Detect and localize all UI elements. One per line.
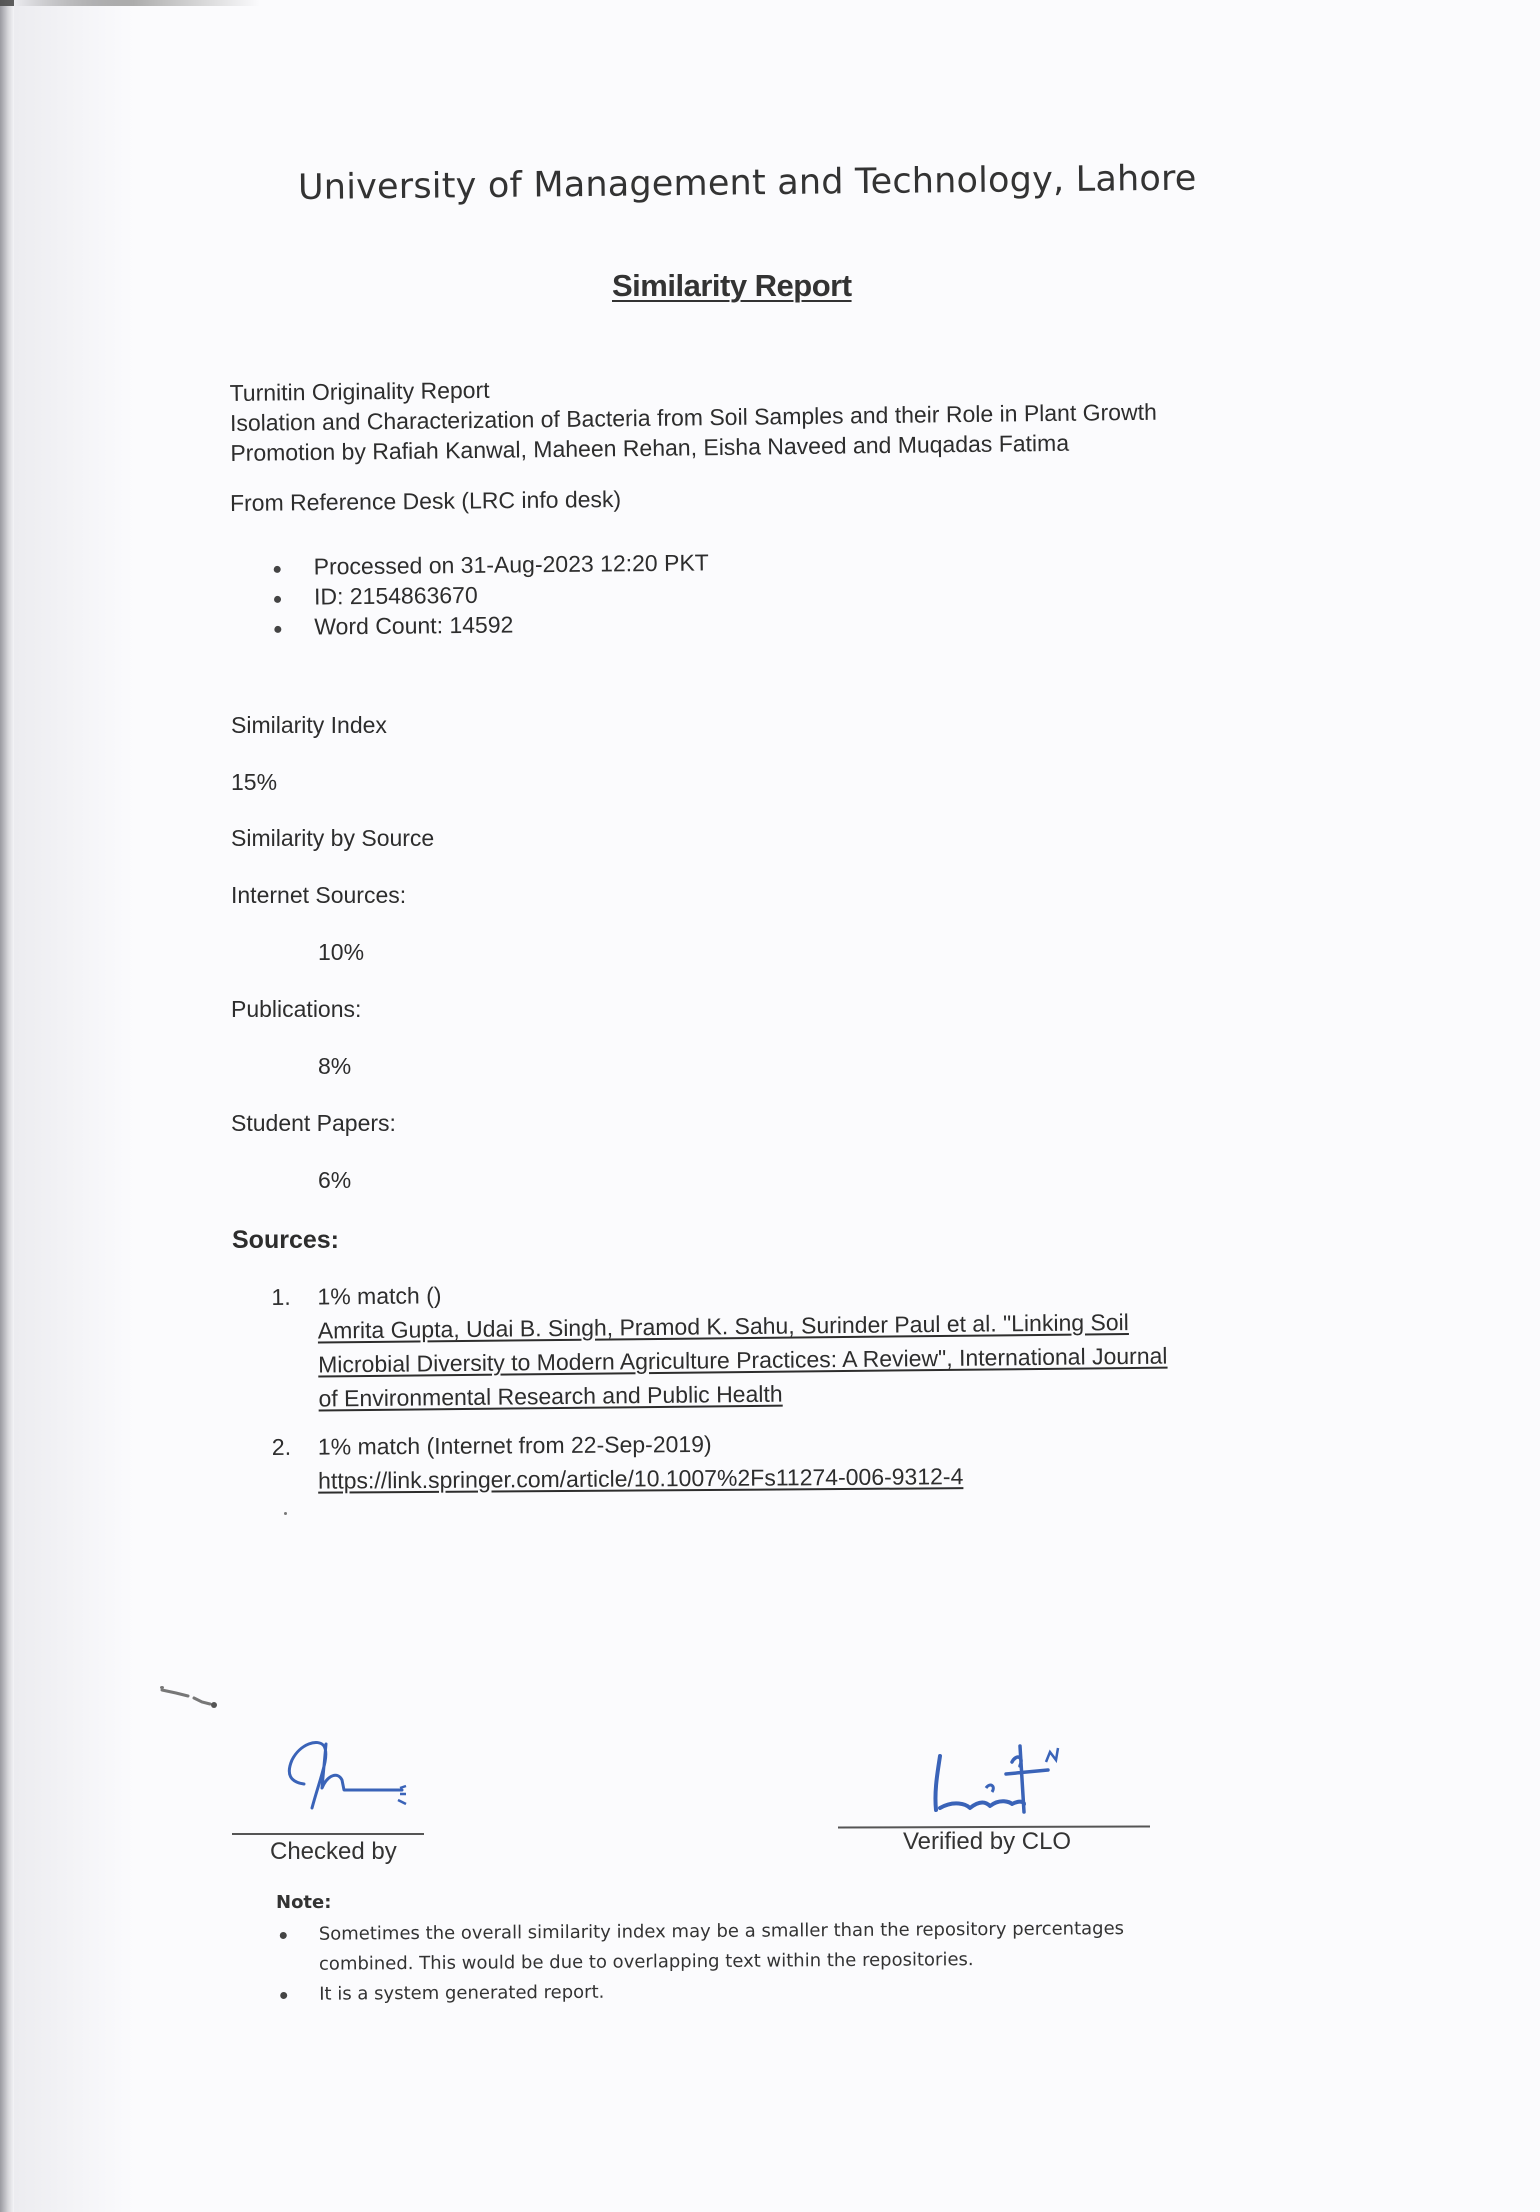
source-number: 2. — [272, 1430, 291, 1464]
note-text: Sometimes the overall similarity index m… — [319, 1914, 1124, 1950]
report-heading: Similarity Report — [612, 268, 852, 304]
verified-by-signature — [920, 1740, 1120, 1820]
source-number: 1. — [271, 1280, 291, 1314]
note-list: Sometimes the overall similarity index m… — [276, 1914, 1125, 2010]
report-info: Turnitin Originality Report Isolation an… — [229, 367, 1157, 468]
student-papers-label: Student Papers: — [231, 1110, 396, 1137]
verified-by-label: Verified by CLO — [903, 1828, 1071, 1856]
scan-smudge — [158, 1684, 228, 1714]
internet-sources-value: 10% — [318, 939, 364, 966]
publications-label: Publications: — [231, 996, 361, 1023]
similarity-index-value: 15% — [231, 769, 277, 796]
scan-speck — [284, 1512, 287, 1515]
scan-shading — [14, 0, 134, 2212]
report-meta-list: Processed on 31-Aug-2023 12:20 PKT ID: 2… — [270, 547, 710, 642]
scan-shadow-left — [0, 0, 14, 2212]
processed-date: Processed on 31-Aug-2023 12:20 PKT — [270, 547, 709, 582]
internet-sources-label: Internet Sources: — [231, 882, 406, 909]
similarity-by-source-label: Similarity by Source — [231, 825, 434, 852]
source-item-1: 1. 1% match () Amrita Gupta, Udai B. Sin… — [271, 1271, 1168, 1416]
publications-value: 8% — [318, 1053, 351, 1080]
note-label: Note: — [276, 1892, 331, 1913]
note-item-1: Sometimes the overall similarity index m… — [276, 1914, 1125, 1980]
institution-title: University of Management and Technology,… — [298, 159, 1197, 208]
source-match: 1% match (Internet from 22-Sep-2019) — [318, 1425, 963, 1464]
note-item-2: It is a system generated report. — [276, 1974, 1124, 2010]
word-count: Word Count: 14592 — [270, 607, 709, 642]
source-url-link[interactable]: https://link.springer.com/article/10.100… — [318, 1459, 963, 1498]
checked-by-signature — [282, 1738, 432, 1818]
similarity-index-label: Similarity Index — [231, 712, 387, 739]
submitted-from: From Reference Desk (LRC info desk) — [230, 486, 621, 517]
sources-heading: Sources: — [232, 1226, 339, 1255]
source-item-2: 2. 1% match (Internet from 22-Sep-2019) … — [272, 1425, 964, 1498]
checked-by-label: Checked by — [270, 1838, 397, 1866]
submission-id: ID: 2154863670 — [270, 577, 709, 612]
student-papers-value: 6% — [318, 1167, 351, 1194]
checked-by-line — [232, 1833, 424, 1835]
